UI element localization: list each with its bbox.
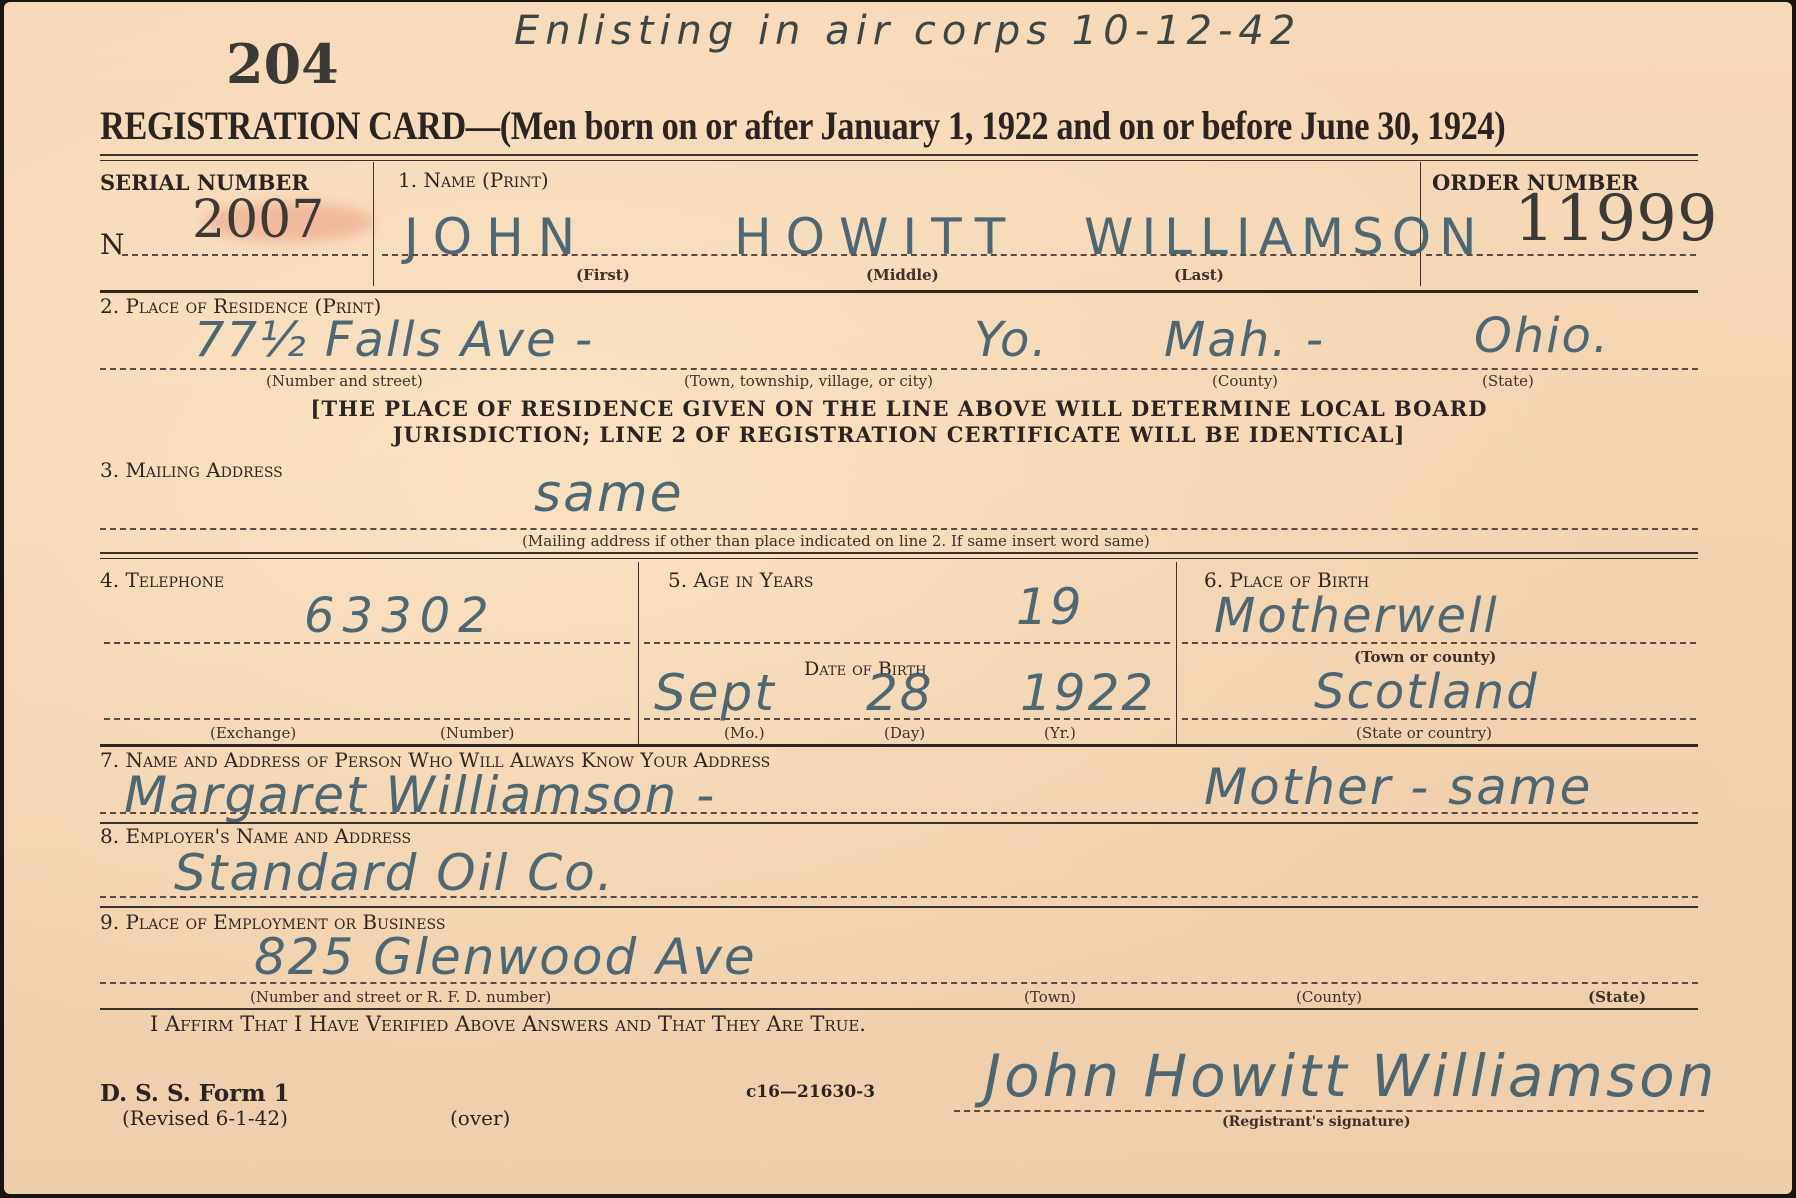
dob-day-caption: (Day)	[884, 724, 925, 742]
residence-notice-1: [THE PLACE OF RESIDENCE GIVEN ON THE LIN…	[100, 396, 1698, 421]
dob-month: Sept	[654, 664, 776, 722]
birthplace-country: Scotland	[1314, 664, 1539, 720]
name-first-caption: (First)	[576, 266, 630, 284]
box-number: 204	[226, 32, 339, 96]
residence-county-caption: (County)	[1212, 372, 1278, 390]
name-last: WILLIAMSON	[1084, 208, 1484, 266]
dob-day: 28	[866, 664, 934, 722]
telephone-number-caption: (Number)	[440, 724, 514, 742]
contact-name: Margaret Williamson -	[124, 766, 716, 824]
residence-street: 77½ Falls Ave -	[194, 312, 594, 368]
birthplace-country-caption: (State or country)	[1356, 724, 1492, 742]
form-number: D. S. S. Form 1	[100, 1080, 290, 1107]
dob-year-caption: (Yr.)	[1044, 724, 1076, 742]
dob-month-caption: (Mo.)	[724, 724, 765, 742]
employment-county-caption: (County)	[1296, 988, 1362, 1006]
registration-card: 204 Enlisting in air corps 10-12-42 REGI…	[4, 2, 1792, 1194]
row-rule	[100, 744, 1698, 747]
name-label: 1. Name (Print)	[398, 168, 549, 192]
order-line	[1426, 254, 1696, 256]
signature-line	[954, 1110, 1704, 1112]
residence-line	[100, 368, 1698, 370]
serial-prefix: N	[100, 228, 125, 261]
age-label: 5. Age in Years	[668, 568, 813, 592]
name-middle: HOWITT	[734, 208, 1019, 266]
row-rule	[100, 1008, 1698, 1010]
over-note: (over)	[450, 1106, 510, 1130]
residence-town-caption: (Town, township, village, or city)	[684, 372, 933, 390]
telephone-line-2	[104, 718, 630, 720]
form-revised: (Revised 6-1-42)	[122, 1106, 288, 1130]
birthplace-town: Motherwell	[1214, 588, 1499, 644]
serial-line	[122, 254, 368, 256]
affirmation-text: I Affirm That I Have Verified Above Answ…	[150, 1012, 866, 1036]
employer-value: Standard Oil Co.	[174, 844, 615, 902]
order-value: 11999	[1514, 182, 1718, 256]
mailing-value: same	[534, 464, 684, 524]
row-rule	[100, 290, 1698, 293]
residence-town: Yo.	[974, 312, 1049, 368]
birthplace-town-line	[1182, 642, 1696, 644]
residence-state: Ohio.	[1474, 308, 1610, 364]
mailing-caption: (Mailing address if other than place ind…	[522, 532, 1150, 550]
title-rule	[100, 154, 1698, 161]
print-code: c16—21630-3	[746, 1082, 875, 1102]
age-line	[644, 642, 1170, 644]
telephone-exchange-caption: (Exchange)	[210, 724, 296, 742]
mailing-line	[100, 528, 1698, 530]
signature-caption: (Registrant's signature)	[1222, 1114, 1411, 1130]
mailing-label: 3. Mailing Address	[100, 458, 283, 482]
divider	[638, 562, 639, 744]
residence-street-caption: (Number and street)	[266, 372, 423, 390]
name-middle-caption: (Middle)	[866, 266, 939, 284]
registrant-signature: John Howitt Williamson	[984, 1042, 1717, 1110]
dob-line	[644, 718, 1170, 720]
telephone-value: 63302	[304, 588, 497, 644]
telephone-label: 4. Telephone	[100, 568, 224, 592]
contact-line	[100, 812, 1698, 814]
card-title: REGISTRATION CARD—(Men born on or after …	[100, 102, 1505, 149]
birthplace-country-line	[1182, 718, 1696, 720]
residence-county: Mah. -	[1164, 312, 1325, 368]
divider	[1176, 562, 1177, 744]
residence-state-caption: (State)	[1482, 372, 1534, 390]
employment-value: 825 Glenwood Ave	[254, 928, 757, 986]
residence-notice-2: JURISDICTION; LINE 2 OF REGISTRATION CER…	[100, 422, 1698, 447]
employment-line	[100, 982, 1698, 984]
age-value: 19	[1016, 578, 1084, 636]
telephone-line-1	[104, 642, 630, 644]
employment-town-caption: (Town)	[1024, 988, 1076, 1006]
top-annotation: Enlisting in air corps 10-12-42	[514, 8, 1301, 54]
employer-line	[100, 896, 1698, 898]
name-first: JOHN	[404, 208, 589, 266]
name-last-caption: (Last)	[1174, 266, 1224, 284]
contact-relation: Mother - same	[1204, 758, 1592, 816]
row-rule	[100, 552, 1698, 559]
row-rule	[100, 906, 1698, 908]
serial-value: 2007	[192, 190, 324, 250]
employment-street-caption: (Number and street or R. F. D. number)	[250, 988, 551, 1006]
employment-state-caption: (State)	[1588, 988, 1646, 1006]
dob-year: 1922	[1020, 664, 1155, 722]
name-line	[382, 254, 1416, 256]
